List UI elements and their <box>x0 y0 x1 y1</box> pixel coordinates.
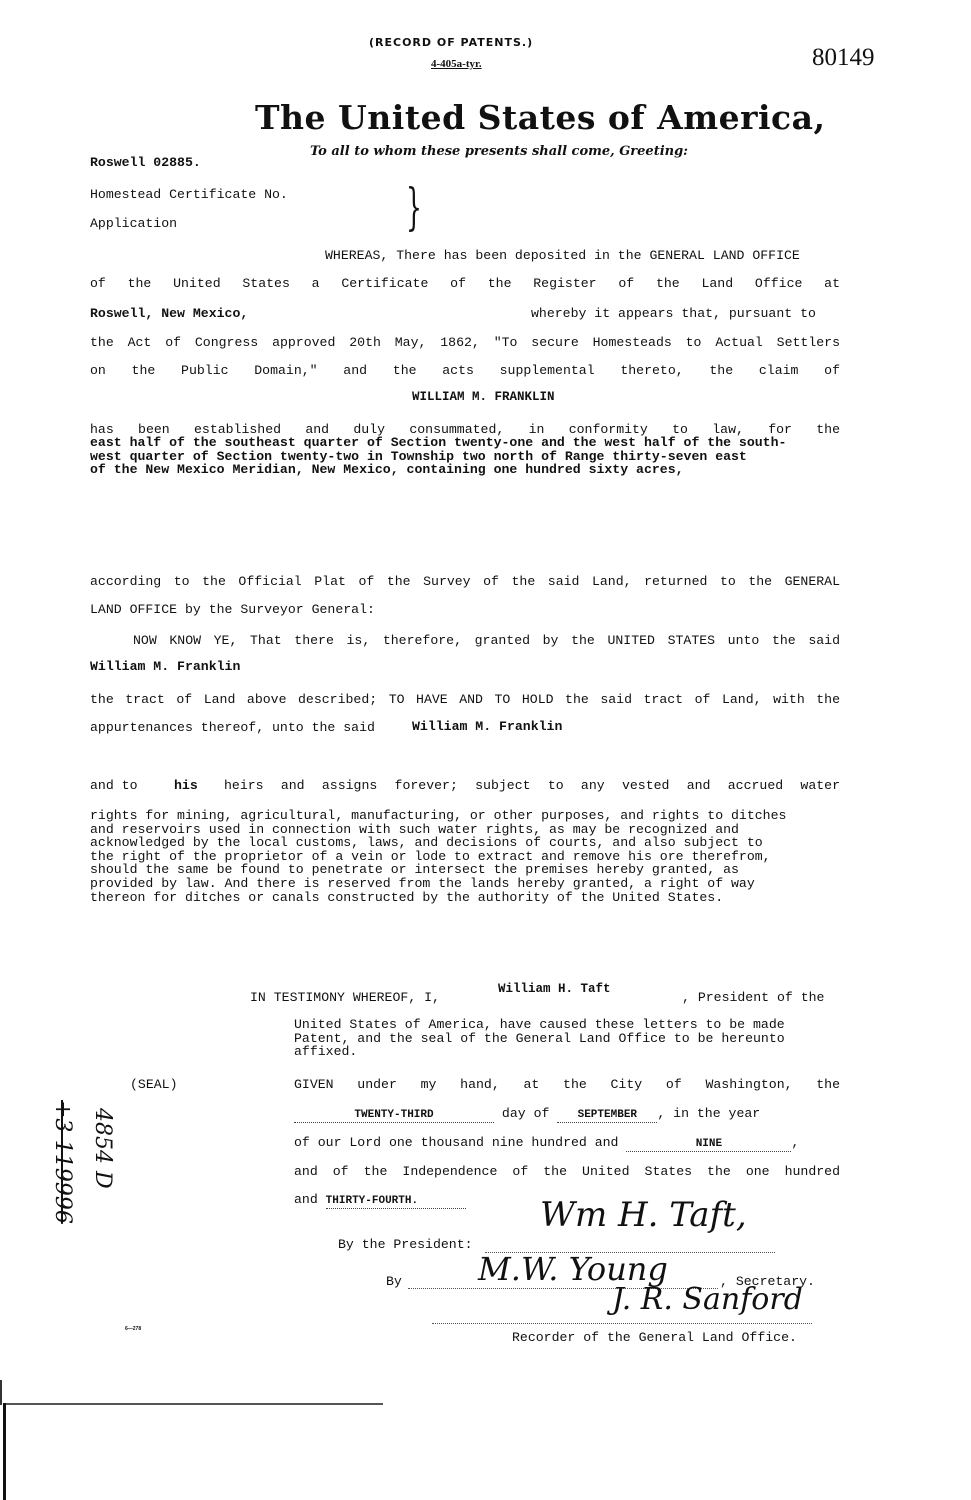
form-number: 6—278 <box>125 1326 141 1332</box>
in-the-year-label: , in the year <box>657 1106 760 1121</box>
day-field: TWENTY-THIRD <box>294 1109 494 1123</box>
plat-line-1: according to the Official Plat of the Su… <box>90 574 840 589</box>
testimony-prefix: IN TESTIMONY WHEREOF, I, <box>250 990 440 1005</box>
claimant-name: WILLIAM M. FRANKLIN <box>412 390 555 404</box>
independence-line: and of the Independence of the United St… <box>294 1164 840 1179</box>
body-line-5: on the Public Domain," and the acts supp… <box>90 363 840 378</box>
handwritten-crossed-number: +3-119996 <box>50 1100 75 1224</box>
lord-line: of our Lord one thousand nine hundred an… <box>294 1135 618 1150</box>
and-label: and <box>294 1192 318 1207</box>
plat-line-2: LAND OFFICE by the Surveyor General: <box>90 602 375 617</box>
grantee-name: William M. Franklin <box>90 659 240 674</box>
heirs-prefix: and to <box>90 778 137 793</box>
tract-line: the tract of Land above described; TO HA… <box>90 692 840 707</box>
bracket-brace: } <box>406 182 422 232</box>
testimony-continuation: United States of America, have caused th… <box>294 1018 785 1059</box>
president-name: William H. Taft <box>498 982 611 996</box>
scan-border-horizontal <box>3 1403 383 1405</box>
greeting: To all to whom these presents shall come… <box>310 144 688 159</box>
year-comma: , <box>791 1135 799 1150</box>
month-field: SEPTEMBER <box>557 1109 657 1123</box>
president-signature: Wm H. Taft, <box>540 1195 747 1235</box>
appurtenances-line: appurtenances thereof, unto the said <box>90 720 375 735</box>
seal-label: (SEAL) <box>130 1077 177 1092</box>
record-of-patents-label: (RECORD OF PATENTS.) <box>369 36 533 49</box>
land-office-location: Roswell, New Mexico, <box>90 306 248 321</box>
body-line-2: of the United States a Certificate of th… <box>90 276 840 291</box>
handwritten-file-number: 4854 D <box>90 1108 115 1189</box>
reservations-paragraph: rights for mining, agricultural, manufac… <box>90 809 840 904</box>
pronoun: his <box>174 778 198 793</box>
scan-edge <box>0 1380 2 1405</box>
testimony-suffix: , President of the <box>682 990 824 1005</box>
recorder-signature-line <box>432 1323 812 1324</box>
heirs-rest: heirs and assigns forever; subject to an… <box>224 778 840 793</box>
office-reference: Roswell 02885. <box>90 155 201 170</box>
document-title: The United States of America, <box>255 98 826 137</box>
recorder-label: Recorder of the General Land Office. <box>512 1330 797 1345</box>
body-line-4: the Act of Congress approved 20th May, 1… <box>90 335 840 350</box>
given-line: GIVEN under my hand, at the City of Wash… <box>294 1077 840 1092</box>
recorder-signature: J. R. Sanford <box>612 1282 803 1317</box>
by-the-president-label: By the President: <box>338 1237 473 1252</box>
scan-border-vertical <box>3 1403 6 1500</box>
body-line-3: whereby it appears that, pursuant to <box>531 306 816 321</box>
land-description: east half of the southeast quarter of Se… <box>90 436 786 477</box>
application-label: Application <box>90 216 177 231</box>
grantee-name-repeat: William M. Franklin <box>412 719 562 734</box>
by-label: By <box>386 1274 402 1289</box>
homestead-certificate-label: Homestead Certificate No. <box>90 187 288 202</box>
form-code: 4-405a-tyr. <box>431 58 482 70</box>
year-field: NINE <box>626 1138 791 1152</box>
whereas-line: WHEREAS, There has been deposited in the… <box>325 248 800 263</box>
day-of-label: day of <box>502 1106 549 1121</box>
independence-year-field: THIRTY-FOURTH. <box>326 1195 466 1209</box>
patent-number: 80149 <box>812 44 875 72</box>
now-know-ye-line: NOW KNOW YE, That there is, therefore, g… <box>133 633 840 648</box>
